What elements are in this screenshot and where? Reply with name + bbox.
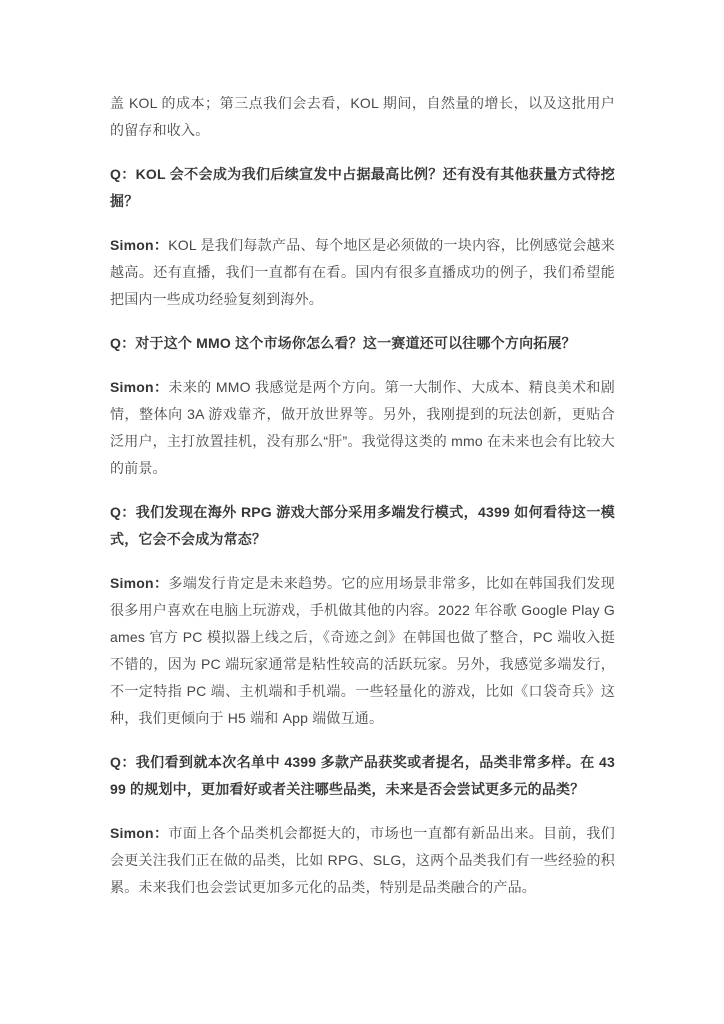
answer-paragraph: Simon：市面上各个品类机会都挺大的，市场也一直都有新品出来。目前，我们会更关… [110,820,615,901]
paragraph-text: Q：对于这个 MMO 这个市场你怎么看？这一赛道还可以往哪个方向拓展？ [110,335,576,351]
paragraph-text: KOL 是我们每款产品、每个地区是必须做的一块内容，比例感觉会越来越高。还有直播… [110,237,615,307]
question-paragraph: Q：我们发现在海外 RPG 游戏大部分采用多端发行模式，4399 如何看待这一模… [110,499,615,553]
paragraph-text: 多端发行肯定是未来趋势。它的应用场景非常多，比如在韩国我们发现很多用户喜欢在电脑… [110,575,615,726]
paragraph-text: Q：我们发现在海外 RPG 游戏大部分采用多端发行模式，4399 如何看待这一模… [110,504,615,547]
paragraph-text: 未来的 MMO 我感觉是两个方向。第一大制作、大成本、精良美术和剧情，整体向 3… [110,379,615,476]
paragraph-text: 盖 KOL 的成本；第三点我们会去看，KOL 期间，自然量的增长，以及这批用户的… [110,95,615,138]
body-paragraph: 盖 KOL 的成本；第三点我们会去看，KOL 期间，自然量的增长，以及这批用户的… [110,90,615,144]
document-content: 盖 KOL 的成本；第三点我们会去看，KOL 期间，自然量的增长，以及这批用户的… [110,90,615,918]
paragraph-text: Q：KOL 会不会成为我们后续宣发中占据最高比例？还有没有其他获量方式待挖掘？ [110,166,615,209]
speaker-label: Simon： [110,825,168,841]
question-paragraph: Q：KOL 会不会成为我们后续宣发中占据最高比例？还有没有其他获量方式待挖掘？ [110,161,615,215]
speaker-label: Simon： [110,379,168,395]
speaker-label: Simon： [110,237,168,253]
speaker-label: Simon： [110,575,168,591]
paragraph-text: 市面上各个品类机会都挺大的，市场也一直都有新品出来。目前，我们会更关注我们正在做… [110,825,615,895]
answer-paragraph: Simon：KOL 是我们每款产品、每个地区是必须做的一块内容，比例感觉会越来越… [110,232,615,313]
answer-paragraph: Simon：未来的 MMO 我感觉是两个方向。第一大制作、大成本、精良美术和剧情… [110,374,615,482]
question-paragraph: Q：对于这个 MMO 这个市场你怎么看？这一赛道还可以往哪个方向拓展？ [110,330,615,357]
answer-paragraph: Simon：多端发行肯定是未来趋势。它的应用场景非常多，比如在韩国我们发现很多用… [110,570,615,732]
document-page: 盖 KOL 的成本；第三点我们会去看，KOL 期间，自然量的增长，以及这批用户的… [0,0,724,1024]
question-paragraph: Q：我们看到就本次名单中 4399 多款产品获奖或者提名，品类非常多样。在 43… [110,749,615,803]
paragraph-text: Q：我们看到就本次名单中 4399 多款产品获奖或者提名，品类非常多样。在 43… [110,754,615,797]
